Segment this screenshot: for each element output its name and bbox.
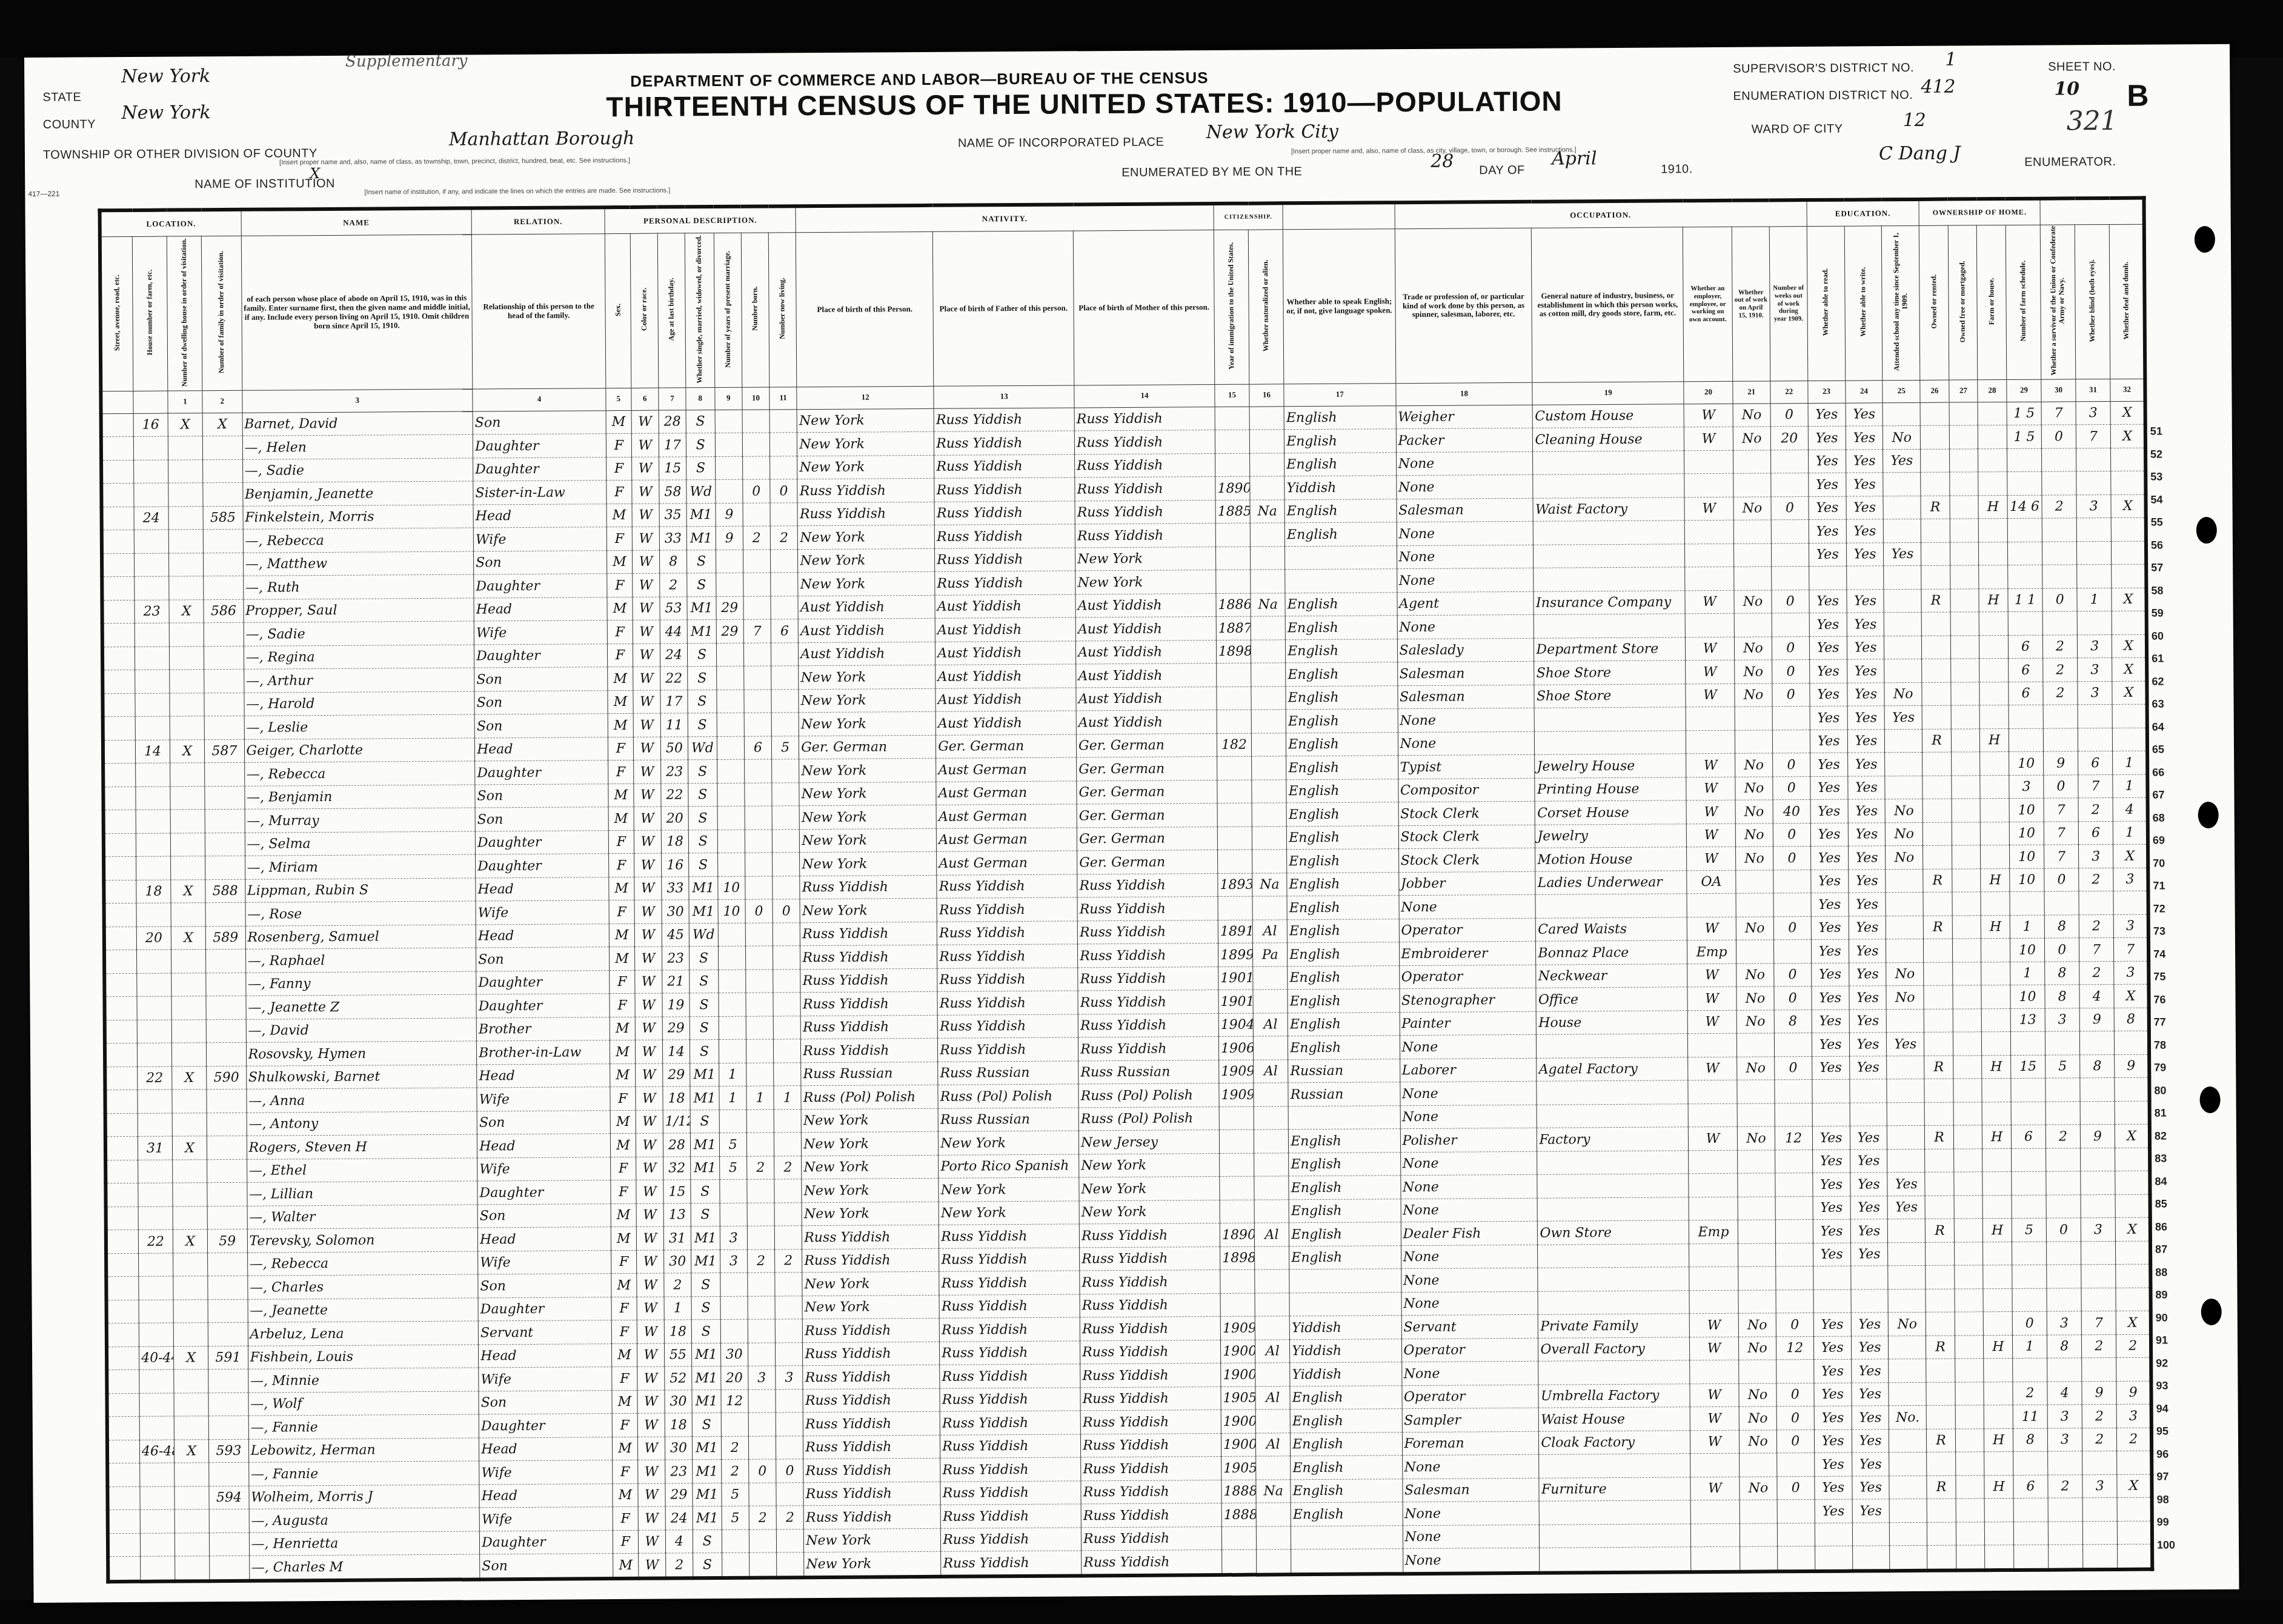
cell-lang: English <box>1284 406 1396 430</box>
cell-write: Yes <box>1846 450 1883 473</box>
cell-ms: S <box>686 456 716 480</box>
cell-race: W <box>636 1134 663 1157</box>
cell-emp <box>1689 1197 1738 1220</box>
cell-wks: 0 <box>1770 403 1808 427</box>
cell-emp: W <box>1686 777 1735 800</box>
cell-fh <box>1982 1102 2011 1125</box>
cell-race: W <box>637 1414 665 1437</box>
cell-born <box>745 806 772 830</box>
cell-imm <box>1220 1153 1254 1177</box>
cell-street <box>103 740 136 764</box>
cell-family <box>203 459 243 483</box>
cell-c30 <box>2045 1078 2080 1102</box>
cell-trade: Foreman <box>1402 1431 1539 1456</box>
cell-sex: M <box>613 1437 638 1460</box>
cell-free <box>1952 962 1981 986</box>
cell-c30: 7 <box>2044 822 2078 845</box>
cell-sch <box>1886 939 1924 963</box>
cell-family <box>202 436 242 460</box>
group-ownership: OWNERSHIP OF HOME. <box>1919 199 2040 226</box>
cell-oow: No <box>1733 404 1770 427</box>
cell-born: 3 <box>748 1366 776 1389</box>
cell-wks <box>1772 730 1810 753</box>
cell-street <box>108 1533 141 1557</box>
cell-sched: 1 1 <box>2008 588 2042 612</box>
cell-trade: None <box>1403 1525 1540 1549</box>
cell-oow: No <box>1739 1430 1776 1454</box>
cell-age: 18 <box>665 1413 692 1437</box>
cell-house <box>140 1533 174 1557</box>
cell-c31: 9 <box>2079 1008 2114 1031</box>
cell-sch: No <box>1886 846 1923 870</box>
cell-nat <box>1255 1293 1289 1317</box>
cell-race: W <box>633 667 660 691</box>
cell-emp <box>1688 1103 1737 1127</box>
cell-pob: Aust Yiddish <box>798 619 935 643</box>
cell-write: Yes <box>1849 893 1886 916</box>
cell-lang: English <box>1288 1036 1400 1060</box>
cell-oow: No <box>1735 824 1773 847</box>
supplementary-annotation: Supplementary <box>345 52 468 71</box>
cell-house <box>139 1253 173 1277</box>
cell-street <box>106 1230 139 1254</box>
cell-race: W <box>631 434 659 458</box>
cell-c30 <box>2045 1102 2080 1125</box>
cell-living <box>776 1436 803 1460</box>
cell-ym <box>716 667 743 690</box>
cell-race: W <box>634 877 661 900</box>
cell-born <box>746 1133 774 1156</box>
cell-house <box>135 693 170 717</box>
hdr-sex: Sex. <box>605 233 631 388</box>
cell-own <box>1926 1382 1955 1406</box>
cell-c31: 3 <box>2076 401 2110 425</box>
cell-trade: None <box>1401 1198 1538 1222</box>
cell-dwelling <box>168 530 203 553</box>
cell-oow <box>1738 1266 1776 1290</box>
cell-sex: M <box>612 1390 637 1414</box>
cell-name: —, Rose <box>245 901 476 926</box>
cell-c30: 8 <box>2047 1335 2081 1359</box>
cell-c32: 9 <box>2116 1381 2152 1405</box>
cell-race: W <box>633 714 660 737</box>
cell-emp: W <box>1684 404 1733 427</box>
cell-wks: 0 <box>1776 1313 1813 1337</box>
cell-ind <box>1535 894 1687 918</box>
cell-c30 <box>2043 705 2078 728</box>
cell-trade: Sampler <box>1402 1408 1539 1433</box>
cell-oow: No <box>1735 684 1772 707</box>
cell-ms: M1 <box>691 1226 720 1250</box>
cell-trade: None <box>1397 545 1534 569</box>
cell-trade: None <box>1398 708 1535 733</box>
cell-race: W <box>634 947 662 971</box>
cell-imm <box>1215 453 1250 477</box>
cell-lang <box>1289 1293 1401 1317</box>
cell-read: Yes <box>1810 683 1847 707</box>
cell-c31: 7 <box>2079 938 2114 962</box>
cell-read <box>1815 1546 1852 1571</box>
cell-free <box>1950 496 1979 519</box>
cell-oow: No <box>1736 917 1773 940</box>
cell-ind <box>1538 1267 1689 1291</box>
cell-c30 <box>2046 1171 2081 1195</box>
cell-rel: Son <box>474 551 607 575</box>
cell-fpob: Russ Russian <box>938 1108 1078 1132</box>
cell-rel: Daughter <box>476 994 610 1018</box>
cell-sex: M <box>610 1040 636 1064</box>
cell-mpob: Russ Yiddish <box>1080 1363 1221 1388</box>
cell-c30 <box>2048 1498 2082 1522</box>
line-number: 88 <box>2155 1261 2185 1284</box>
enumerated-day: 28 <box>1431 151 1454 172</box>
cell-fpob: Russ Yiddish <box>935 548 1075 572</box>
cell-c30: 7 <box>2044 798 2078 822</box>
cell-lang: English <box>1286 779 1398 804</box>
cell-name: —, Sadie <box>242 458 473 483</box>
cell-ind: Insurance Company <box>1534 591 1685 615</box>
cell-fh <box>1979 519 2008 542</box>
cell-family <box>208 1253 248 1276</box>
cell-fh <box>1983 1288 2012 1312</box>
cell-emp <box>1686 730 1735 754</box>
cell-house <box>137 973 171 997</box>
cell-sched: 6 <box>2009 659 2043 682</box>
cell-c31 <box>2081 1194 2115 1218</box>
column-number: 20 <box>1684 381 1733 404</box>
cell-ms: S <box>690 1110 719 1133</box>
cell-lang: English <box>1288 1013 1400 1037</box>
cell-born <box>742 410 769 433</box>
cell-sch <box>1883 402 1920 426</box>
cell-wks <box>1771 473 1809 497</box>
cell-pob: Russ Yiddish <box>803 1482 940 1506</box>
cell-free <box>1952 799 1981 822</box>
cell-oow: No <box>1736 847 1773 870</box>
punch-hole <box>2198 802 2219 828</box>
cell-ms: S <box>691 1296 720 1320</box>
cell-sched: 6 <box>2009 682 2043 705</box>
cell-emp <box>1690 1523 1740 1547</box>
cell-fpob: Russ Yiddish <box>937 1014 1078 1039</box>
cell-ms: S <box>691 1180 720 1203</box>
cell-ind <box>1540 1524 1691 1548</box>
cell-wks <box>1776 1360 1814 1383</box>
cell-name: —, Lillian <box>247 1181 477 1206</box>
cell-street <box>105 1043 138 1067</box>
cell-fpob: Russ Yiddish <box>941 1551 1082 1576</box>
cell-street <box>102 553 135 577</box>
cell-own <box>1922 776 1952 799</box>
cell-c31: 2 <box>2082 1405 2116 1428</box>
cell-read: Yes <box>1808 473 1846 497</box>
cell-sch <box>1883 496 1921 519</box>
cell-imm <box>1222 1550 1257 1575</box>
cell-house <box>138 1206 173 1230</box>
cell-trade: None <box>1403 1548 1540 1574</box>
cell-sched: 10 <box>2010 985 2045 1009</box>
cell-emp: W <box>1690 1477 1740 1500</box>
cell-lang: English <box>1284 429 1396 453</box>
cell-emp <box>1687 894 1736 917</box>
cell-age: 22 <box>661 784 688 807</box>
cell-sched: 10 <box>2010 939 2044 962</box>
cell-street <box>105 1020 138 1043</box>
cell-own <box>1920 426 1949 450</box>
cell-write: Yes <box>1851 1383 1889 1406</box>
cell-sched: 10 <box>2009 822 2044 845</box>
cell-c30 <box>2042 518 2076 542</box>
cell-write: Yes <box>1850 1150 1887 1173</box>
cell-trade: Stenographer <box>1399 988 1536 1013</box>
cell-write <box>1846 566 1884 590</box>
census-sheet: Supplementary State New York County New … <box>24 44 2239 1603</box>
cell-c30: 4 <box>2047 1382 2082 1405</box>
cell-write <box>1851 1290 1889 1313</box>
line-number: 85 <box>2155 1193 2185 1216</box>
cell-rel: Wife <box>476 900 609 925</box>
cell-oow <box>1733 544 1771 567</box>
line-number: 53 <box>2150 465 2181 488</box>
cell-sch <box>1888 1242 1926 1266</box>
cell-mpob: Russ Yiddish <box>1075 477 1215 501</box>
cell-rel: Son <box>475 784 608 808</box>
cell-lang: English <box>1287 919 1399 943</box>
cell-race: W <box>634 784 661 807</box>
cell-oow <box>1738 1290 1776 1314</box>
cell-imm: 1888 <box>1221 1480 1256 1503</box>
cell-fpob: Russ Yiddish <box>935 571 1075 595</box>
cell-street <box>102 577 135 601</box>
cell-c32: 3 <box>2113 868 2148 891</box>
cell-ms: M1 <box>691 1250 720 1273</box>
cell-pob: New York <box>802 1202 939 1226</box>
cell-pob: Russ Yiddish <box>803 1412 940 1436</box>
cell-emp <box>1684 521 1733 544</box>
column-number: 8 <box>686 387 715 410</box>
cell-race: W <box>636 1203 663 1227</box>
cell-fpob: Russ Yiddish <box>939 1271 1080 1295</box>
cell-ms: S <box>690 947 719 970</box>
cell-ym <box>718 970 745 993</box>
cell-age: 30 <box>663 1250 691 1274</box>
cell-race: W <box>637 1320 664 1344</box>
cell-rel: Son <box>480 1554 613 1579</box>
group-education: EDUCATION. <box>1807 199 1919 227</box>
cell-imm <box>1217 757 1252 780</box>
cell-ind: Umbrella Factory <box>1538 1384 1690 1408</box>
cell-write: Yes <box>1852 1406 1889 1429</box>
cell-free <box>1952 916 1981 939</box>
cell-ym: 2 <box>721 1436 748 1460</box>
cell-sex: F <box>606 481 632 504</box>
cell-pob: New York <box>799 665 935 690</box>
cell-c31: 9 <box>2080 1125 2115 1148</box>
cell-write: Yes <box>1850 1173 1887 1196</box>
cell-oow: No <box>1737 1126 1775 1150</box>
cell-fpob: Russ Yiddish <box>940 1434 1081 1459</box>
cell-fh <box>1982 1195 2012 1219</box>
cell-age: 23 <box>662 947 689 970</box>
cell-family <box>209 1509 249 1533</box>
cell-sch <box>1889 1359 1926 1383</box>
cell-ym: 29 <box>716 620 743 644</box>
cell-ym <box>720 1320 748 1343</box>
cell-pob: New York <box>802 1295 939 1319</box>
cell-write: Yes <box>1846 590 1884 613</box>
cell-mpob: Russ Yiddish <box>1080 1317 1220 1341</box>
cell-born <box>744 713 771 736</box>
cell-imm <box>1220 1293 1255 1317</box>
cell-mpob: Russ Yiddish <box>1075 524 1215 548</box>
cell-pob: Russ Russian <box>801 1062 938 1086</box>
cell-c32: 2 <box>2117 1428 2152 1451</box>
cell-lang: English <box>1286 733 1398 757</box>
cell-c31: 6 <box>2078 821 2113 845</box>
cell-nat <box>1253 967 1288 990</box>
cell-house <box>139 1276 173 1300</box>
cell-family <box>203 530 243 553</box>
group-personal: PERSONAL DESCRIPTION. <box>605 206 796 233</box>
cell-ms: M1 <box>692 1366 721 1390</box>
line-number: 55 <box>2151 511 2181 534</box>
supervisor-district-value: 1 <box>1945 49 1956 70</box>
cell-fpob: Russ Yiddish <box>937 991 1078 1015</box>
cell-sched <box>2011 1079 2045 1102</box>
cell-own: R <box>1922 729 1952 753</box>
cell-born: 1 <box>746 1086 774 1110</box>
cell-living <box>777 1552 805 1577</box>
cell-c32: 7 <box>2114 938 2149 962</box>
cell-read: Yes <box>1809 543 1846 567</box>
cell-trade: None <box>1401 1362 1538 1386</box>
cell-age: 4 <box>665 1530 693 1554</box>
cell-name: —, Rebecca <box>244 761 475 786</box>
cell-trade: Operator <box>1399 965 1536 989</box>
cell-age: 50 <box>660 737 688 760</box>
enumerated-label: Enumerated by me on the <box>1122 165 1302 180</box>
cell-c31: 3 <box>2076 494 2111 518</box>
cell-age: 11 <box>660 713 688 737</box>
township-value: Manhattan Borough <box>449 128 635 150</box>
cell-living <box>774 1226 802 1250</box>
cell-write: Yes <box>1846 496 1884 520</box>
cell-dwelling <box>169 576 204 600</box>
cell-name: Shulkowski, Barnet <box>246 1065 477 1090</box>
cell-rel: Daughter <box>474 644 608 668</box>
cell-dwelling <box>172 1113 207 1137</box>
cell-c32: X <box>2112 681 2147 705</box>
cell-mpob: Russ Yiddish <box>1077 897 1218 921</box>
cell-read: Yes <box>1814 1453 1852 1477</box>
cell-mpob: Ger. German <box>1077 827 1217 851</box>
column-number: 31 <box>2076 379 2110 401</box>
cell-oow: No <box>1737 1057 1775 1080</box>
cell-ind: Motion House <box>1535 847 1687 871</box>
institution-note: [Insert name of institution, if any, and… <box>364 187 670 196</box>
sheet-number-value: 10 <box>2054 78 2079 99</box>
cell-ym: 20 <box>720 1366 748 1390</box>
cell-rel: Wife <box>479 1507 613 1531</box>
cell-wks: 0 <box>1776 1383 1814 1406</box>
cell-trade: Polisher <box>1400 1128 1537 1153</box>
cell-pob: Russ Yiddish <box>803 1435 940 1459</box>
cell-dwelling <box>168 436 202 460</box>
cell-nat <box>1251 733 1286 757</box>
cell-free <box>1952 892 1981 916</box>
cell-ym <box>715 410 742 433</box>
cell-ym <box>720 1203 747 1226</box>
cell-sch: No <box>1884 682 1922 706</box>
cell-sex: F <box>608 644 633 667</box>
cell-born <box>749 1552 776 1577</box>
cell-ind <box>1539 1454 1690 1478</box>
cell-own <box>1920 402 1949 426</box>
cell-fh <box>1981 962 2010 985</box>
cell-house: 23 <box>135 600 169 624</box>
cell-pob: Russ Yiddish <box>803 1388 940 1413</box>
cell-wks: 0 <box>1774 1056 1812 1080</box>
cell-sex: M <box>610 1110 636 1134</box>
group-name: NAME <box>241 208 472 236</box>
cell-c31 <box>2081 1148 2115 1171</box>
cell-ms: M1 <box>689 900 718 923</box>
cell-fh <box>1984 1382 2013 1405</box>
cell-oow: No <box>1735 660 1772 684</box>
cell-sch <box>1884 566 1921 590</box>
cell-free <box>1954 1219 1983 1242</box>
hdr-house: House number or farm, etc. <box>132 236 168 391</box>
cell-street <box>106 1206 139 1230</box>
cell-imm: 1898 <box>1220 1246 1255 1270</box>
cell-race: W <box>634 830 661 854</box>
cell-race: W <box>632 504 659 527</box>
cell-wks: 0 <box>1773 847 1810 870</box>
cell-sex: F <box>612 1367 637 1391</box>
cell-read <box>1813 1290 1851 1313</box>
cell-read: Yes <box>1809 590 1847 613</box>
cell-pob: Russ Yiddish <box>803 1505 940 1529</box>
cell-ms: S <box>692 1413 721 1437</box>
line-number: 80 <box>2154 1079 2184 1102</box>
cell-mpob: Russ Yiddish <box>1078 967 1218 991</box>
hdr-name: of each person whose place of abode on A… <box>241 235 473 390</box>
cell-house <box>136 903 171 927</box>
cell-mpob: Russ Yiddish <box>1080 1270 1220 1294</box>
cell-sch <box>1887 1149 1925 1173</box>
cell-sex: M <box>610 1017 635 1040</box>
cell-imm: 1909 <box>1219 1060 1254 1083</box>
cell-c30 <box>2047 1242 2081 1265</box>
cell-c32: X <box>2117 1474 2152 1498</box>
cell-age: 19 <box>662 993 690 1017</box>
cell-free <box>1950 636 1979 659</box>
cell-pob: Russ Yiddish <box>800 992 937 1016</box>
cell-street <box>107 1370 139 1394</box>
cell-born <box>748 1436 776 1460</box>
cell-oow <box>1736 893 1773 917</box>
cell-imm: 1885 <box>1215 500 1250 524</box>
cell-name: Arbeluz, Lena <box>248 1321 479 1346</box>
cell-sch <box>1889 1476 1927 1499</box>
cell-age: 2 <box>665 1553 693 1578</box>
cell-imm: 1887 <box>1216 617 1251 641</box>
cell-sch: Yes <box>1887 1173 1925 1196</box>
cell-born <box>748 1389 776 1413</box>
cell-sch <box>1890 1546 1927 1571</box>
cell-nat <box>1249 430 1284 453</box>
cell-name: —, Selma <box>245 831 476 856</box>
